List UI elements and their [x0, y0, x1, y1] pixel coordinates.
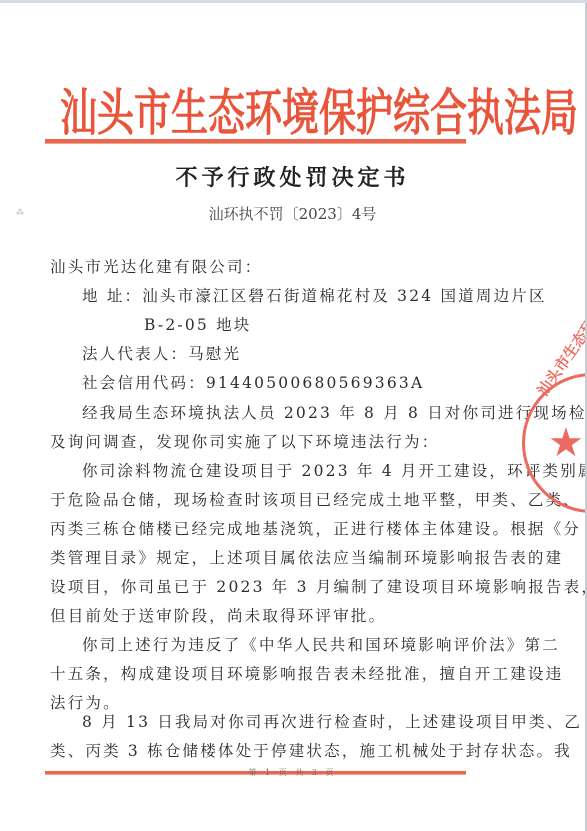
scan-specks: ⁂	[16, 208, 24, 217]
body-line: 法行为。	[50, 693, 121, 713]
body-line: 但目前处于送审阶段，尚未取得环评审批。	[50, 606, 386, 626]
star-icon: ★	[548, 423, 584, 463]
recipient-address-cont: B-2-05 地块	[144, 315, 251, 335]
body-line: 你司涂料物流仓建设项目于 2023 年 4 月开工建设，环评类别属	[82, 461, 587, 481]
recipient-address: 地 址：汕头市濠江区礐石街道棉花村及 324 国道周边片区	[82, 286, 547, 306]
body-line: 经我局生态环境执法人员 2023 年 8 月 8 日对你司进行现场检查	[82, 403, 587, 423]
body-line: 丙类三栋仓储楼已经完成地基浇筑，正进行楼体主体建设。根据《分	[50, 519, 581, 539]
body-line: 及询问调查，发现你司实施了以下环境违法行为：	[50, 432, 439, 452]
document-title: 不予行政处罚决定书	[0, 161, 585, 192]
page-indicator: 第 1 页 共 3 页	[0, 767, 585, 778]
document-page: 汕头市生态环境保护综合执法局 不予行政处罚决定书 汕环执不罚〔2023〕4号 ⁂…	[0, 3, 587, 831]
body-line: 十五条，构成建设项目环境影响报告表未经批准，擅自开工建设违	[50, 664, 563, 684]
agency-header: 汕头市生态环境保护综合执法局	[60, 87, 520, 141]
body-line: 于危险品仓储，现场检查时该项目已经完成土地平整，甲类、乙类、	[50, 490, 581, 510]
body-line: 设项目，你司虽已于 2023 年 3 月编制了建设项目环境影响报告表，	[50, 577, 587, 597]
body-line: 你司上述行为违反了《中华人民共和国环境影响评价法》第二	[82, 635, 560, 655]
body-line: 类管理目录》规定，上述项目属依法应当编制环境影响报告表的建	[50, 548, 563, 568]
recipient-legal-rep: 法人代表人：马慰光	[82, 344, 241, 364]
recipient-company: 汕头市光达化建有限公司：	[50, 257, 262, 277]
body-line: 类、丙类 3 栋仓储楼体处于停建状态，施工机械处于封存状态。我	[50, 741, 572, 761]
document-number: 汕环执不罚〔2023〕4号	[0, 203, 585, 224]
recipient-credit-code: 社会信用代码：91440500680569363A	[82, 373, 424, 393]
body-line: 8 月 13 日我局对你司再次进行检查时，上述建设项目甲类、乙	[82, 712, 582, 732]
header-red-rule	[45, 139, 466, 143]
